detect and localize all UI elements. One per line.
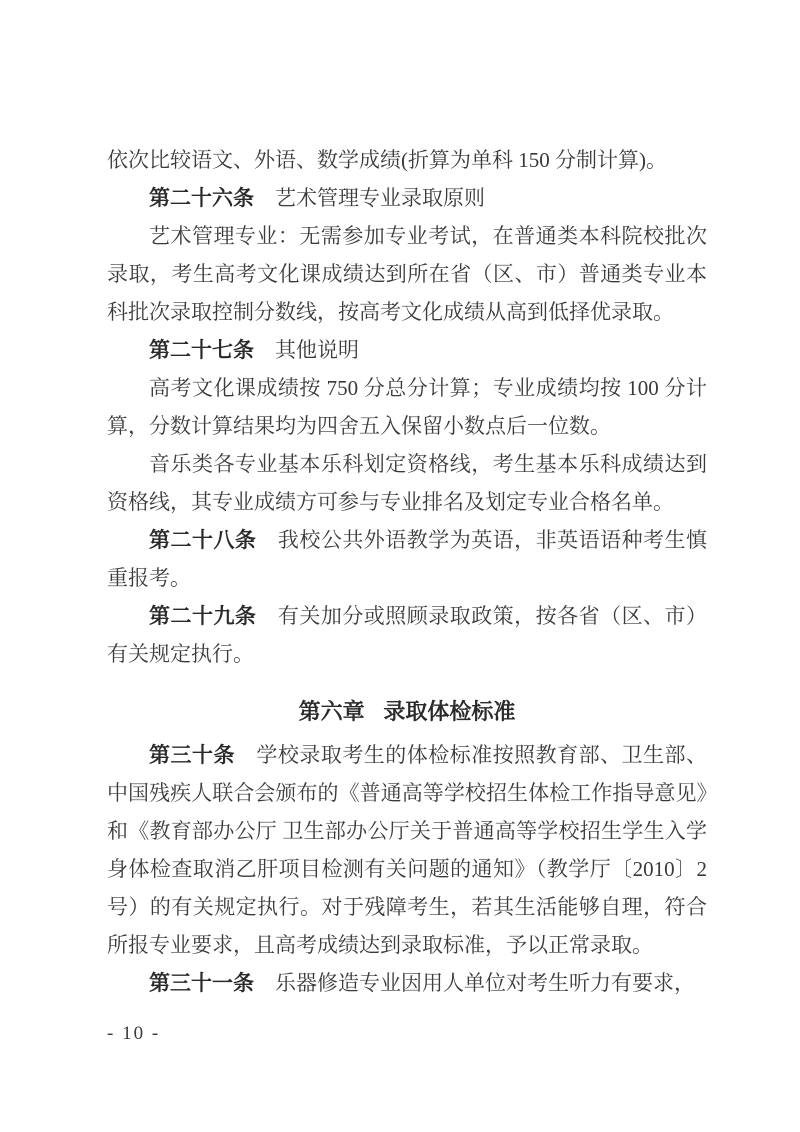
chapter-6-heading: 第六章录取体检标准 <box>107 693 707 731</box>
article-27-body-1: 高考文化课成绩按 750 分总分计算；专业成绩均按 100 分计算，分数计算结果… <box>107 369 707 445</box>
article-30-paragraph: 第三十条学校录取考生的体检标准按照教育部、卫生部、中国残疾人联合会颁布的《普通高… <box>107 736 707 964</box>
article-26-body: 艺术管理专业：无需参加专业考试，在普通类本科院校批次录取，考生高考文化课成绩达到… <box>107 217 707 331</box>
document-body: 依次比较语文、外语、数学成绩(折算为单科 150 分制计算)。 第二十六条艺术管… <box>107 141 707 1002</box>
article-26-title: 艺术管理专业录取原则 <box>275 186 485 210</box>
chapter-6-title: 录取体检标准 <box>383 699 515 724</box>
chapter-6-label: 第六章 <box>299 699 365 724</box>
article-26-label: 第二十六条 <box>149 186 254 210</box>
page-number: - 10 - <box>107 1022 160 1046</box>
article-27-heading: 第二十七条其他说明 <box>107 331 707 369</box>
article-27-body-2: 音乐类各专业基本乐科划定资格线，考生基本乐科成绩达到资格线，其专业成绩方可参与专… <box>107 445 707 521</box>
article-28-paragraph: 第二十八条我校公共外语教学为英语，非英语语种考生慎重报考。 <box>107 521 707 597</box>
article-26-heading: 第二十六条艺术管理专业录取原则 <box>107 179 707 217</box>
article-28-label: 第二十八条 <box>149 528 256 552</box>
document-page: 依次比较语文、外语、数学成绩(折算为单科 150 分制计算)。 第二十六条艺术管… <box>0 0 800 1132</box>
article-27-title: 其他说明 <box>275 338 359 362</box>
article-30-label: 第三十条 <box>149 743 235 767</box>
article-30-text: 学校录取考生的体检标准按照教育部、卫生部、中国残疾人联合会颁布的《普通高等学校招… <box>107 743 707 957</box>
paragraph-continuation: 依次比较语文、外语、数学成绩(折算为单科 150 分制计算)。 <box>107 141 707 179</box>
article-31-paragraph: 第三十一条乐器修造专业因用人单位对考生听力有要求， <box>107 964 707 1002</box>
article-29-label: 第二十九条 <box>149 604 256 628</box>
article-31-label: 第三十一条 <box>149 971 254 995</box>
article-31-text: 乐器修造专业因用人单位对考生听力有要求， <box>275 971 695 995</box>
article-29-paragraph: 第二十九条有关加分或照顾录取政策，按各省（区、市）有关规定执行。 <box>107 597 707 673</box>
article-27-label: 第二十七条 <box>149 338 254 362</box>
